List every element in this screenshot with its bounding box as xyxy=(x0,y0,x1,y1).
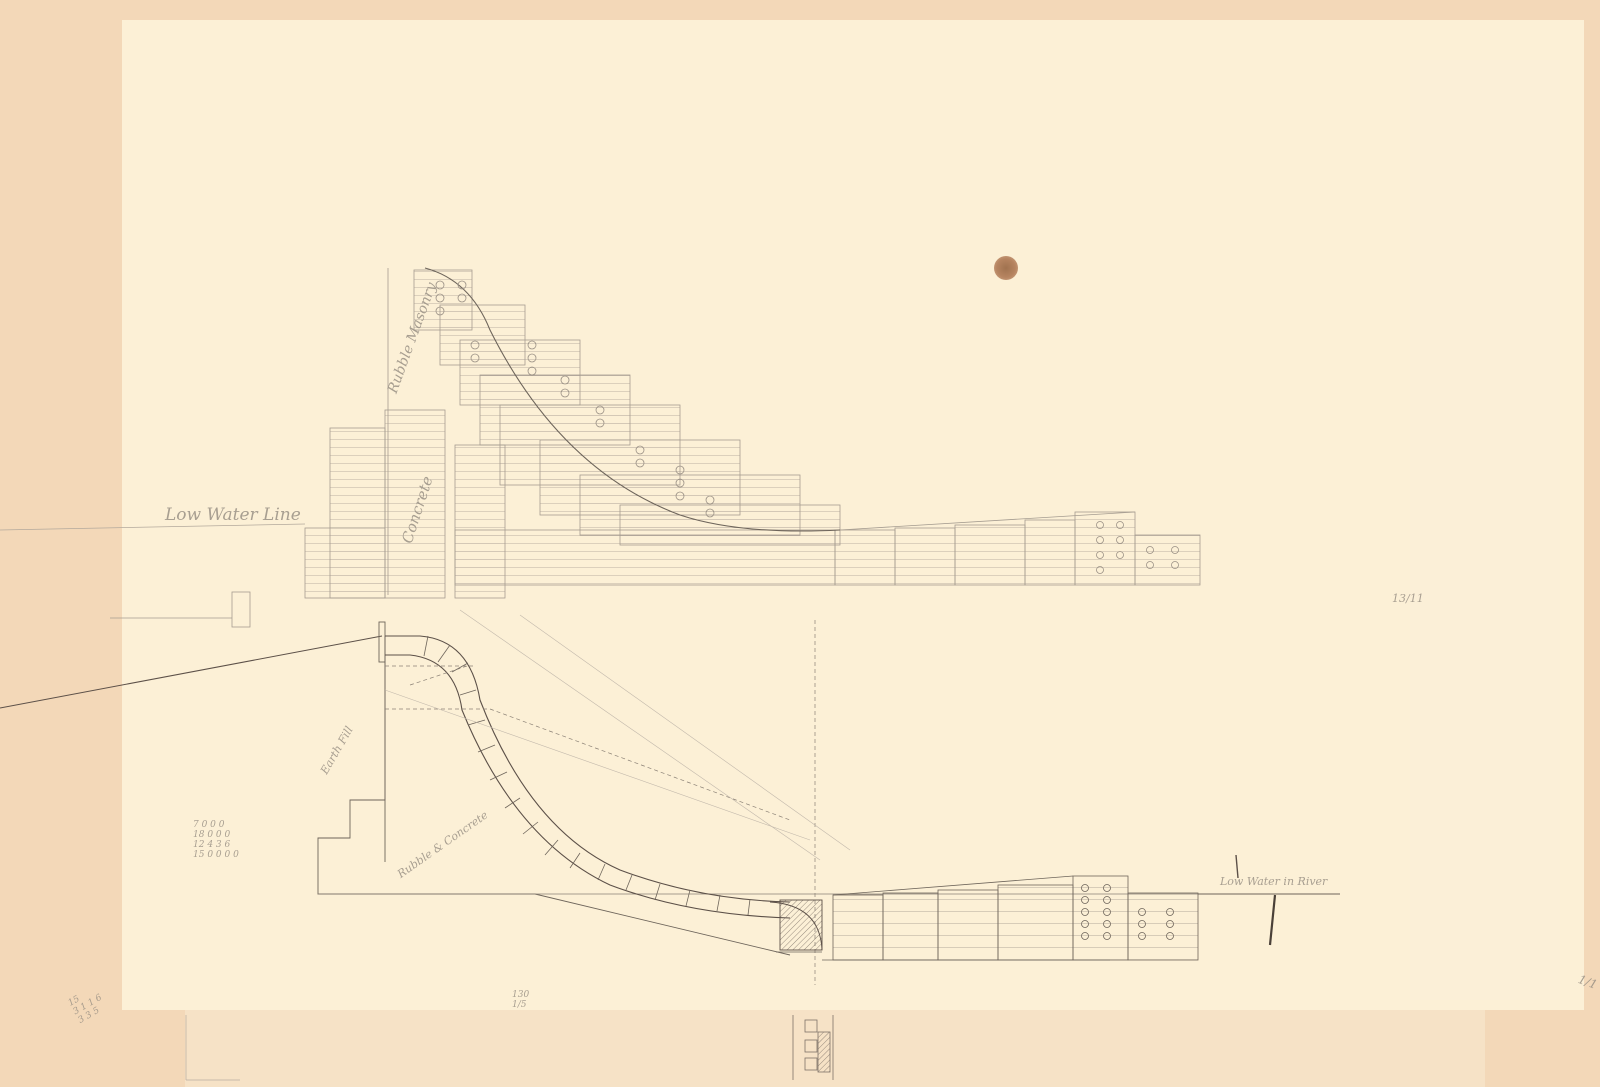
sheet-number: 13/11 xyxy=(1392,592,1424,605)
elevation-view xyxy=(110,268,1200,627)
drawing-linework xyxy=(0,0,1600,1087)
drawing-sheet: Low Water Line Low Water in River Rubble… xyxy=(0,0,1600,1087)
low-water-in-river-label: Low Water in River xyxy=(1220,875,1327,888)
low-water-line-label: Low Water Line xyxy=(165,505,301,525)
calc-block: 7 0 0 0 18 0 0 0 12 4 3 6 15 0 0 0 0 xyxy=(193,820,239,860)
bottom-calc: 130 1/5 xyxy=(512,990,529,1010)
